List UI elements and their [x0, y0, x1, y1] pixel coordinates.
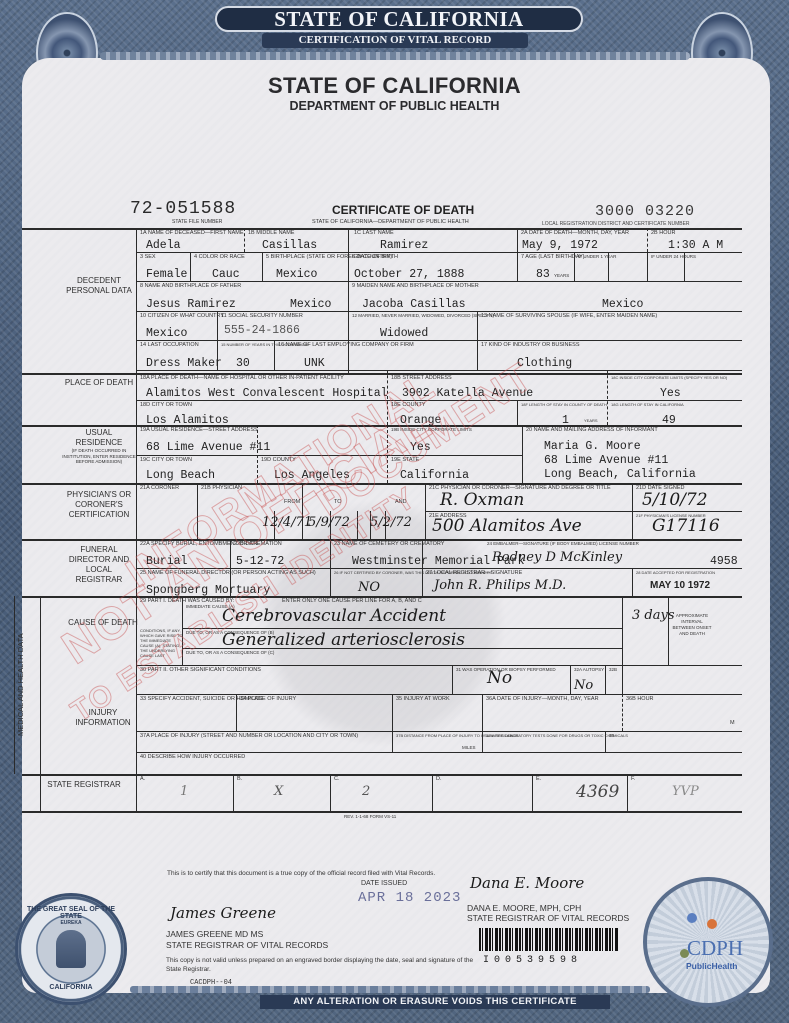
form-revision: REV. 1-1-68 Form VS-11: [344, 814, 396, 819]
value-first-name: Adela: [146, 239, 181, 252]
barcode-number: I00539598: [483, 955, 582, 966]
registrar-left-title: STATE REGISTRAR OF VITAL RECORDS: [166, 940, 328, 950]
length-county-unit: YEARS: [584, 418, 598, 423]
value-race: Cauc: [212, 268, 240, 281]
cdph-logo: CDPH: [687, 936, 743, 961]
state-registrar-box-b-value: X: [274, 784, 283, 799]
page-title: STATE OF CALIFORNIA: [0, 73, 789, 99]
state-registrar-box-f-value: YVP: [672, 784, 699, 799]
certificate-issuer: STATE OF CALIFORNIA—DEPARTMENT OF PUBLIC…: [312, 219, 469, 225]
value-date-of-birth: October 27, 1888: [354, 268, 464, 281]
value-informant-line-1: Maria G. Moore: [544, 440, 641, 453]
label-autopsy-32b: 32b: [609, 667, 617, 672]
label-embalmer: 24 EMBALMER—SIGNATURE (IF BODY EMBALMED)…: [487, 541, 639, 546]
state-file-number-label: STATE FILE NUMBER: [172, 219, 222, 225]
label-place-of-death: 18a PLACE OF DEATH—NAME OF HOSPITAL OR O…: [140, 375, 344, 381]
local-registration-number: 3000 03220: [595, 203, 695, 220]
label-date-of-birth: 6 DATE OF BIRTH: [352, 254, 398, 260]
label-length-county: 18f LENGTH OF STAY IN COUNTY OF DEATH: [521, 402, 607, 407]
injury-hour-unit: M: [730, 720, 735, 726]
value-birthplace: Mexico: [276, 268, 317, 281]
label-inside-city-death: 18c INSIDE CITY CORPORATE LIMITS (SPECIF…: [611, 375, 727, 380]
section-state-registrar: STATE REGISTRAR: [32, 780, 136, 790]
certify-text: This is to certify that this document is…: [167, 869, 467, 878]
label-coroner: 21a CORONER: [140, 485, 179, 491]
cause-instruction: ENTER ONLY ONE CAUSE PER LINE FOR A, B, …: [282, 598, 422, 604]
label-race: 4 COLOR OR RACE: [194, 254, 245, 260]
value-death-city: Los Alamitos: [146, 414, 229, 427]
label-spouse: 13 NAME OF SURVIVING SPOUSE (IF WIFE, EN…: [481, 313, 657, 319]
border-banner-subtitle: CERTIFICATION OF VITAL RECORD: [262, 33, 528, 48]
state-registrar-box-e-label: E.: [536, 776, 541, 782]
value-marital: Widowed: [380, 327, 428, 340]
label-autopsy: 32a AUTOPSY: [574, 667, 604, 672]
label-39: 39: [609, 733, 614, 738]
value-informant-line-3: Long Beach, California: [544, 468, 696, 481]
age-unit: YEARS: [554, 273, 569, 278]
value-inside-city-death: Yes: [660, 387, 681, 400]
state-registrar-box-b-label: B.: [237, 776, 242, 782]
cdph-figure-blue-icon: [687, 913, 697, 923]
cdph-figure-orange-icon: [707, 919, 717, 929]
label-accepted-date: 28 DATE ACCEPTED FOR REGISTRATION: [636, 570, 715, 575]
label-under-1-year: IF UNDER 1 YEAR: [578, 254, 616, 259]
state-registrar-box-c-value: 2: [362, 784, 370, 799]
value-last-name: Ramirez: [380, 239, 428, 252]
label-hour: 2b HOUR: [651, 230, 675, 236]
value-cause-b: Generalized arteriosclerosis: [222, 630, 465, 650]
value-mother-name: Jacoba Casillas: [362, 298, 466, 311]
section-decedent: DECEDENT PERSONAL DATA: [62, 276, 136, 296]
state-file-number: 72-051588: [130, 199, 236, 219]
value-autopsy: No: [574, 678, 593, 693]
label-under-24-hours: IF UNDER 24 HOURS: [651, 254, 696, 259]
state-registrar-box-e-value: 4369: [576, 782, 619, 802]
value-citizen: Mexico: [146, 327, 187, 340]
local-registrar-signature: John R. Philips M.D.: [434, 578, 566, 593]
label-sex: 3 SEX: [140, 254, 156, 260]
date-issued-label: DATE ISSUED: [361, 880, 407, 887]
value-years-occupation: 30: [236, 357, 250, 370]
state-registrar-box-a-label: A.: [140, 776, 145, 782]
label-lab-tests: 38 WERE LABORATORY TESTS DONE FOR DRUGS …: [486, 733, 628, 738]
injury-distance-unit: MILES: [462, 745, 476, 750]
label-injury-date: 36a DATE OF INJURY—MONTH, DAY, YEAR: [486, 696, 599, 702]
value-reported-coroner: NO: [358, 580, 380, 595]
value-employer: UNK: [304, 357, 325, 370]
value-length-county: 1: [562, 414, 569, 427]
great-seal-of-california: THE GREAT SEAL OF THE STATE EUREKA CALIF…: [15, 893, 127, 1005]
embalmer-signature: Rodney D McKinley: [492, 550, 622, 565]
cdph-seal: CDPH PublicHealth: [643, 877, 773, 1007]
value-informant-line-2: 68 Lime Avenue #11: [544, 454, 668, 467]
border-trim-top: [100, 52, 690, 60]
label-residence-city: 19c CITY OR TOWN: [140, 457, 192, 463]
label-mother: 9 MAIDEN NAME AND BIRTHPLACE OF MOTHER: [352, 283, 479, 289]
barcode: [479, 928, 619, 951]
label-industry: 17 KIND OF INDUSTRY OR BUSINESS: [481, 342, 580, 348]
label-ssn: 11 SOCIAL SECURITY NUMBER: [221, 313, 303, 319]
signature-right: Dana E. Moore: [470, 874, 584, 892]
value-hour: 1:30 A M: [668, 239, 723, 252]
certificate-title: CERTIFICATE OF DEATH: [332, 203, 474, 217]
section-physician: PHYSICIAN'S OR CORONER'S CERTIFICATION: [62, 490, 136, 520]
interval-label: APPROXIMATE INTERVAL BETWEEN ONSET AND D…: [672, 613, 712, 637]
label-father: 8 NAME AND BIRTHPLACE OF FATHER: [140, 283, 241, 289]
value-length-california: 49: [662, 414, 676, 427]
value-physician-license: G17116: [652, 516, 720, 536]
state-registrar-box-a-value: 1: [180, 784, 188, 799]
value-physician-address: 500 Alamitos Ave: [432, 516, 582, 536]
label-middle-name: 1b MIDDLE NAME: [248, 230, 294, 236]
label-date-of-death: 2a DATE OF DEATH—MONTH, DAY, YEAR: [521, 230, 629, 236]
label-injury-description: 40 DESCRIBE HOW INJURY OCCURRED: [140, 754, 245, 760]
label-local-registrar: 27 LOCAL REGISTRAR—SIGNATURE: [426, 570, 522, 576]
state-registrar-box-c-label: C.: [334, 776, 340, 782]
registrar-right-name: DANA E. MOORE, MPH, CPH: [467, 903, 581, 913]
label-first-name: 1a NAME OF DECEASED—FIRST NAME: [140, 230, 244, 236]
value-mother-birthplace: Mexico: [602, 298, 643, 311]
value-accepted-date: MAY 10 1972: [650, 580, 710, 591]
label-injury-place: 34 PLACE OF INJURY: [240, 696, 296, 702]
validity-note: This copy is not valid unless prepared o…: [166, 956, 476, 974]
great-seal-top-text: THE GREAT SEAL OF THE STATE: [18, 906, 124, 920]
physician-signature: R. Oxman: [440, 490, 524, 510]
value-ssn: 555-24-1866: [224, 324, 300, 337]
border-banner-title: STATE OF CALIFORNIA: [215, 6, 583, 32]
value-residence-city: Long Beach: [146, 469, 215, 482]
value-age: 83: [536, 268, 550, 281]
registrar-left-name: JAMES GREENE MD MS: [166, 929, 263, 939]
page-subtitle: DEPARTMENT OF PUBLIC HEALTH: [0, 99, 789, 113]
border-trim-bottom: [130, 986, 650, 993]
cdph-public-health: PublicHealth: [686, 961, 737, 971]
value-date-signed: 5/10/72: [642, 490, 708, 510]
value-occupation: Dress Maker: [146, 357, 222, 370]
section-place-of-death: PLACE OF DEATH: [62, 378, 136, 388]
great-seal-bottom-text: CALIFORNIA: [18, 984, 124, 991]
value-operation: No: [487, 668, 512, 688]
bottom-banner: ANY ALTERATION OR ERASURE VOIDS THIS CER…: [260, 995, 610, 1009]
value-place-of-death: Alamitos West Convalescent Hospital: [146, 387, 388, 400]
label-citizen: 10 CITIZEN OF WHAT COUNTRY: [140, 313, 224, 319]
label-length-california: 18g LENGTH OF STAY IN CALIFORNIA: [611, 402, 684, 407]
label-informant: 20 NAME AND MAILING ADDRESS OF INFORMANT: [526, 427, 658, 433]
minerva-figure-icon: [56, 930, 86, 968]
label-injury-location: 37a PLACE OF INJURY (STREET AND NUMBER O…: [140, 733, 358, 739]
value-father-birthplace: Mexico: [290, 298, 331, 311]
value-father-name: Jesus Ramirez: [146, 298, 236, 311]
value-date-of-death: May 9, 1972: [522, 239, 598, 252]
label-last-name: 1c LAST NAME: [354, 230, 394, 236]
value-middle-name: Casillas: [262, 239, 317, 252]
section-medical-vertical: MEDICAL AND HEALTH DATA: [16, 596, 28, 774]
signature-left: James Greene: [170, 904, 276, 922]
value-residence-street: 68 Lime Avenue #11: [146, 441, 270, 454]
label-age: 7 AGE (LAST BIRTHDAY): [521, 254, 585, 260]
label-residence-street: 19a USUAL RESIDENCE—STREET ADDRESS: [140, 427, 258, 433]
local-registration-label: LOCAL REGISTRATION DISTRICT AND CERTIFIC…: [542, 221, 690, 227]
great-seal-motto: EUREKA: [18, 920, 124, 926]
state-registrar-box-d-label: D.: [436, 776, 442, 782]
date-issued: APR 18 2023: [358, 890, 461, 906]
label-employer: 16 NAME OF LAST EMPLOYING COMPANY OR FIR…: [278, 342, 414, 348]
label-injury-at-work: 35 INJURY AT WORK: [396, 696, 450, 702]
label-injury-hour: 36b HOUR: [626, 696, 654, 702]
section-usual-residence: USUAL RESIDENCE (IF DEATH OCCURRED IN IN…: [62, 428, 136, 465]
value-cause-a-interval: 3 days: [632, 608, 675, 623]
registrar-right-title: STATE REGISTRAR OF VITAL RECORDS: [467, 913, 629, 923]
state-registrar-box-f-label: F.: [631, 776, 635, 782]
label-marital: 12 MARRIED, NEVER MARRIED, WIDOWED, DIVO…: [352, 313, 494, 318]
label-death-city: 18d CITY OR TOWN: [140, 402, 192, 408]
label-occupation: 14 LAST OCCUPATION: [140, 342, 199, 348]
value-sex: Female: [146, 268, 187, 281]
value-embalmer-license: 4958: [710, 555, 738, 568]
